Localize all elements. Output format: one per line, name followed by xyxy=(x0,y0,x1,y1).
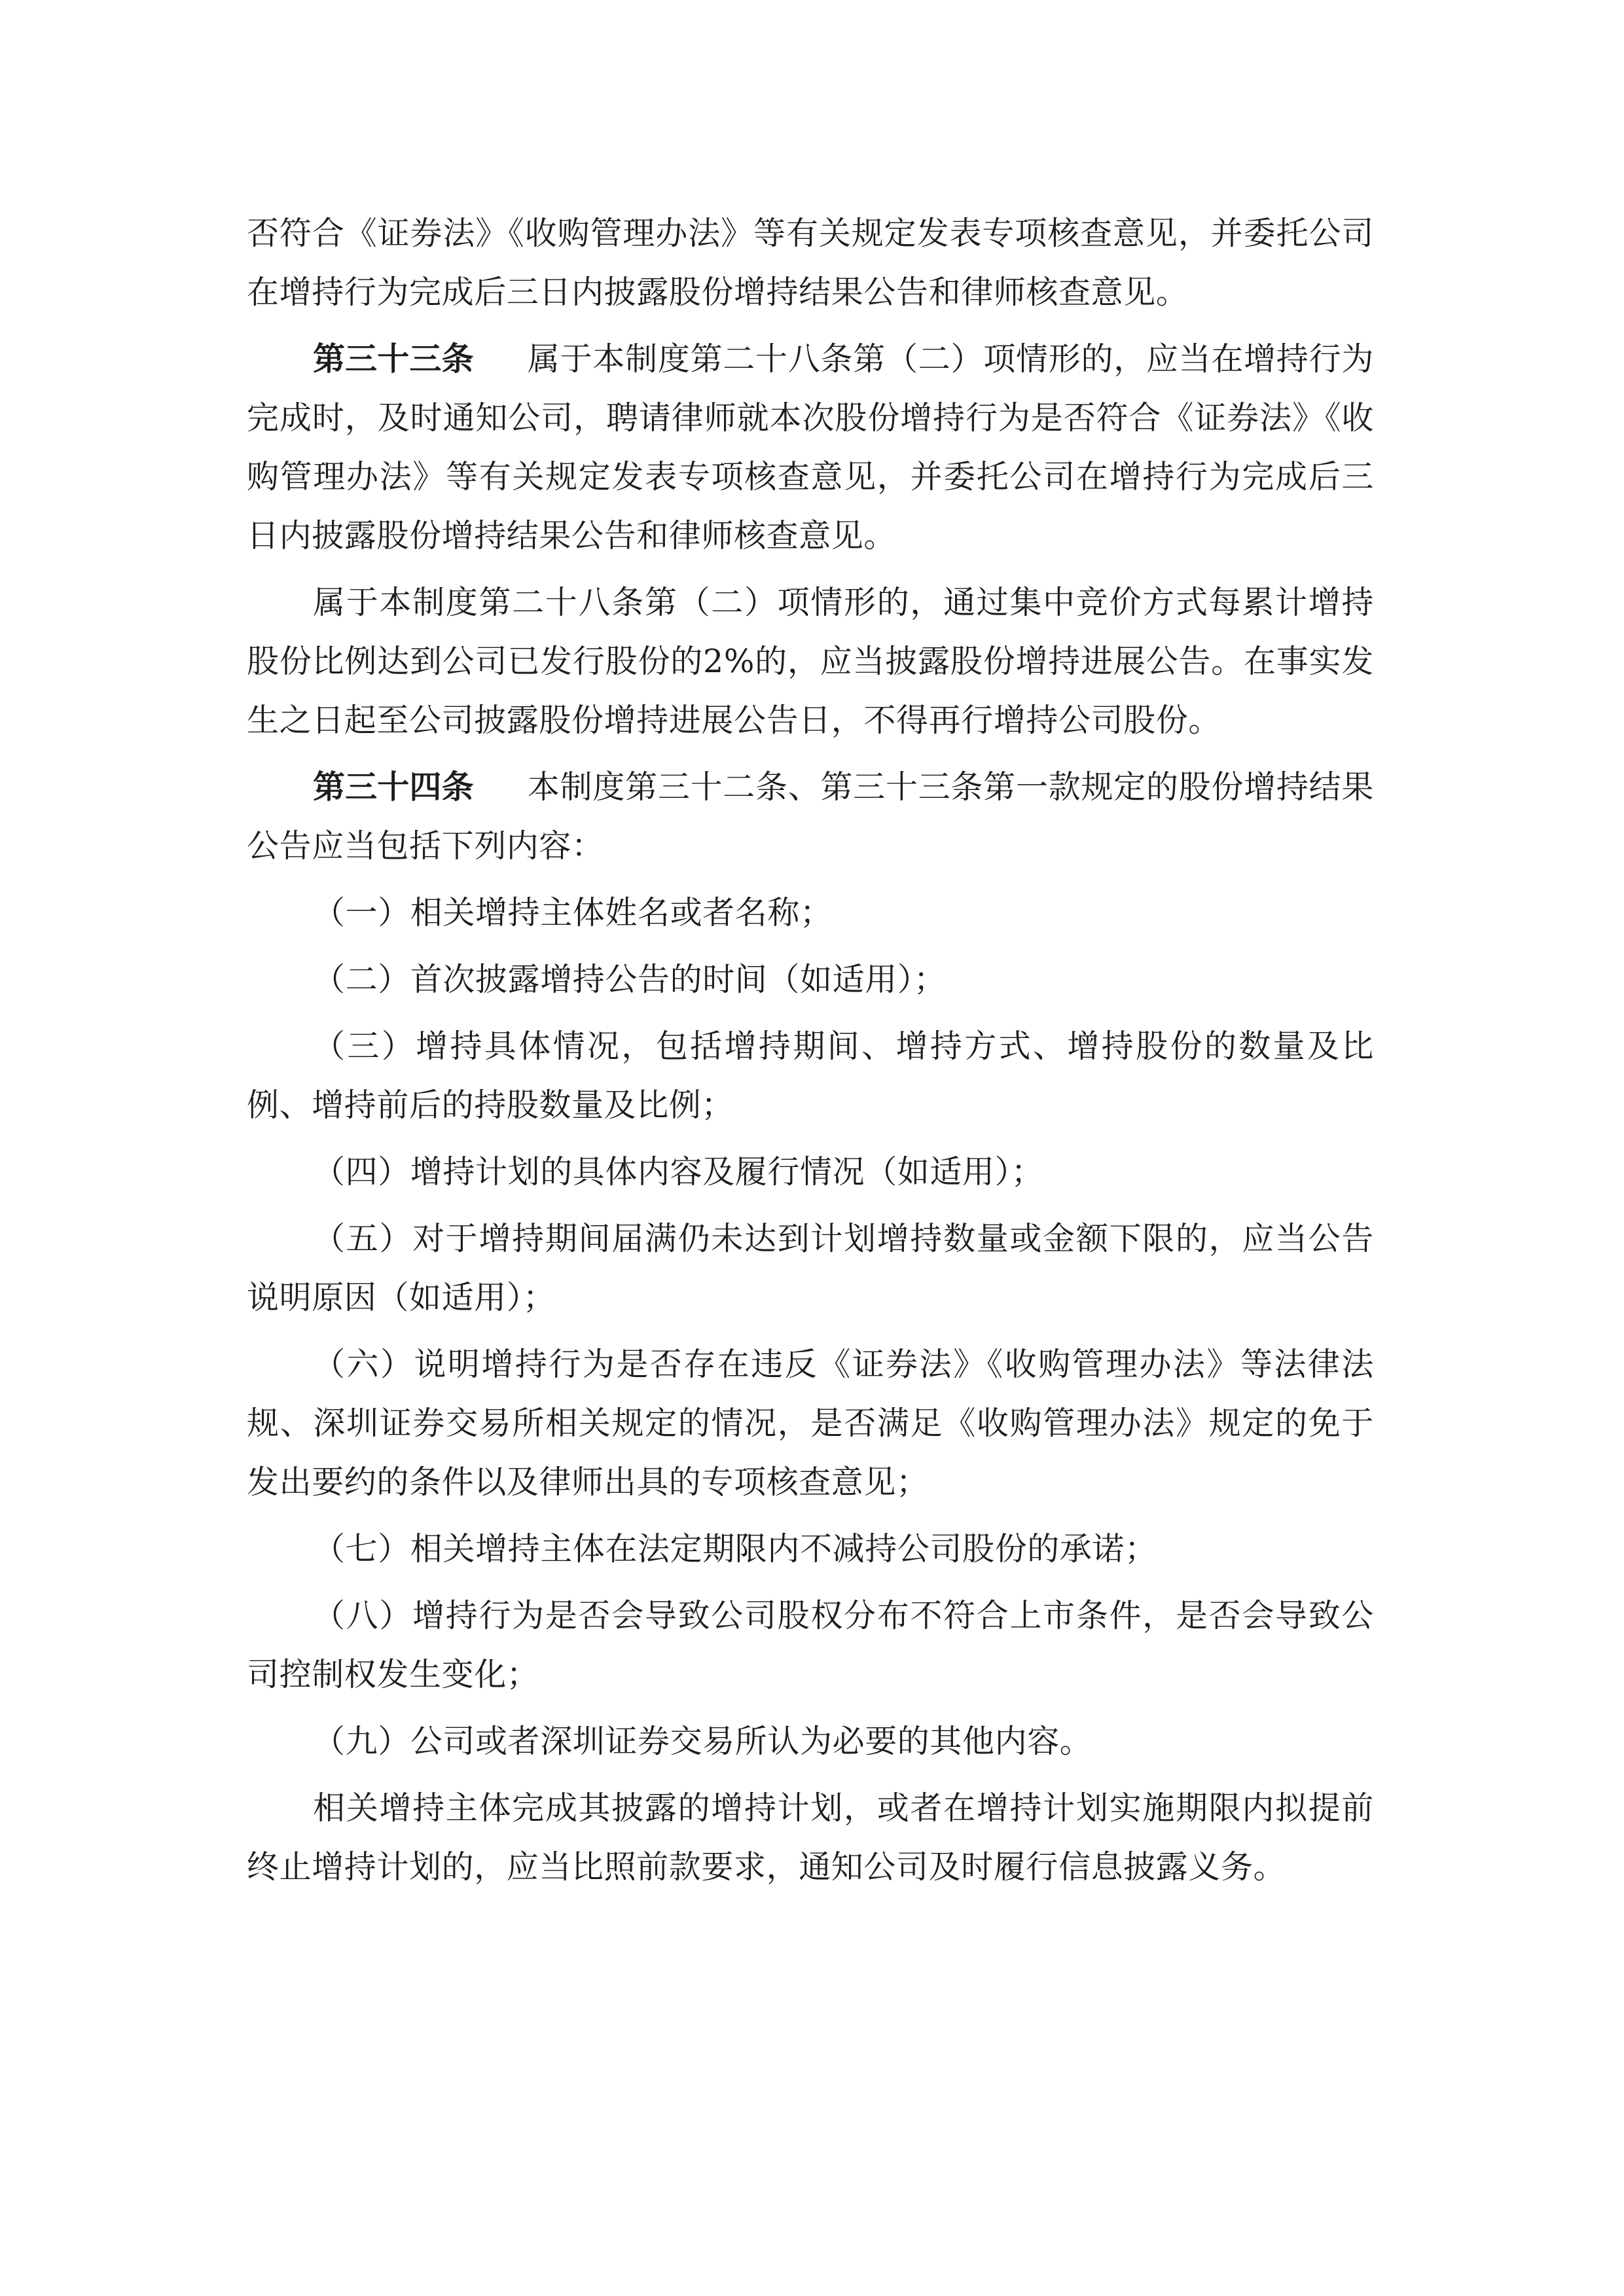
paragraph-body: 相关增持主体完成其披露的增持计划，或者在增持计划实施期限内拟提前终止增持计划的，… xyxy=(247,1779,1374,1897)
paragraph-text: 相关增持主体完成其披露的增持计划，或者在增持计划实施期限内拟提前终止增持计划的，… xyxy=(247,1789,1374,1886)
paragraph-text: 属于本制度第二十八条第（二）项情形的，通过集中竞价方式每累计增持股份比例达到公司… xyxy=(247,584,1374,739)
article-34: 第三十四条本制度第三十二条、第三十三条第一款规定的股份增持结果公告应当包括下列内… xyxy=(247,758,1374,876)
list-item: （四）增持计划的具体内容及履行情况（如适用）； xyxy=(247,1143,1374,1202)
list-item-text: （一）相关增持主体姓名或者名称； xyxy=(313,894,833,931)
list-item: （六）说明增持行为是否存在违反《证券法》《收购管理办法》等法律法规、深圳证券交易… xyxy=(247,1335,1374,1512)
list-item: （五）对于增持期间届满仍未达到计划增持数量或金额下限的，应当公告说明原因（如适用… xyxy=(247,1210,1374,1327)
paragraph-text: 否符合《证券法》《收购管理办法》等有关规定发表专项核查意见，并委托公司在增持行为… xyxy=(247,215,1374,311)
paragraph-body: 属于本制度第二十八条第（二）项情形的，通过集中竞价方式每累计增持股份比例达到公司… xyxy=(247,573,1374,750)
document-page: 否符合《证券法》《收购管理办法》等有关规定发表专项核查意见，并委托公司在增持行为… xyxy=(247,204,1374,1905)
list-item-text: （二）首次披露增持公告的时间（如适用）； xyxy=(313,961,947,998)
list-item: （九）公司或者深圳证券交易所认为必要的其他内容。 xyxy=(247,1712,1374,1771)
article-33: 第三十三条属于本制度第二十八条第（二）项情形的，应当在增持行为完成时，及时通知公… xyxy=(247,330,1374,565)
list-item-text: （三）增持具体情况，包括增持期间、增持方式、增持股份的数量及比例、增持前后的持股… xyxy=(247,1028,1374,1124)
list-item: （三）增持具体情况，包括增持期间、增持方式、增持股份的数量及比例、增持前后的持股… xyxy=(247,1017,1374,1135)
list-item: （二）首次披露增持公告的时间（如适用）； xyxy=(247,950,1374,1009)
list-item: （一）相关增持主体姓名或者名称； xyxy=(247,884,1374,942)
article-number: 第三十三条 xyxy=(313,340,474,378)
list-item-text: （六）说明增持行为是否存在违反《证券法》《收购管理办法》等法律法规、深圳证券交易… xyxy=(247,1346,1374,1501)
list-item: （七）相关增持主体在法定期限内不减持公司股份的承诺； xyxy=(247,1520,1374,1579)
list-item-text: （七）相关增持主体在法定期限内不减持公司股份的承诺； xyxy=(313,1530,1157,1568)
list-item-text: （四）增持计划的具体内容及履行情况（如适用）； xyxy=(313,1153,1043,1191)
list-item-text: （八）增持行为是否会导致公司股权分布不符合上市条件，是否会导致公司控制权发生变化… xyxy=(247,1597,1374,1693)
list-item-text: （九）公司或者深圳证券交易所认为必要的其他内容。 xyxy=(313,1723,1092,1760)
list-item: （八）增持行为是否会导致公司股权分布不符合上市条件，是否会导致公司控制权发生变化… xyxy=(247,1587,1374,1704)
article-number: 第三十四条 xyxy=(313,768,474,806)
list-item-text: （五）对于增持期间届满仍未达到计划增持数量或金额下限的，应当公告说明原因（如适用… xyxy=(247,1220,1374,1316)
paragraph-continuation: 否符合《证券法》《收购管理办法》等有关规定发表专项核查意见，并委托公司在增持行为… xyxy=(247,204,1374,322)
